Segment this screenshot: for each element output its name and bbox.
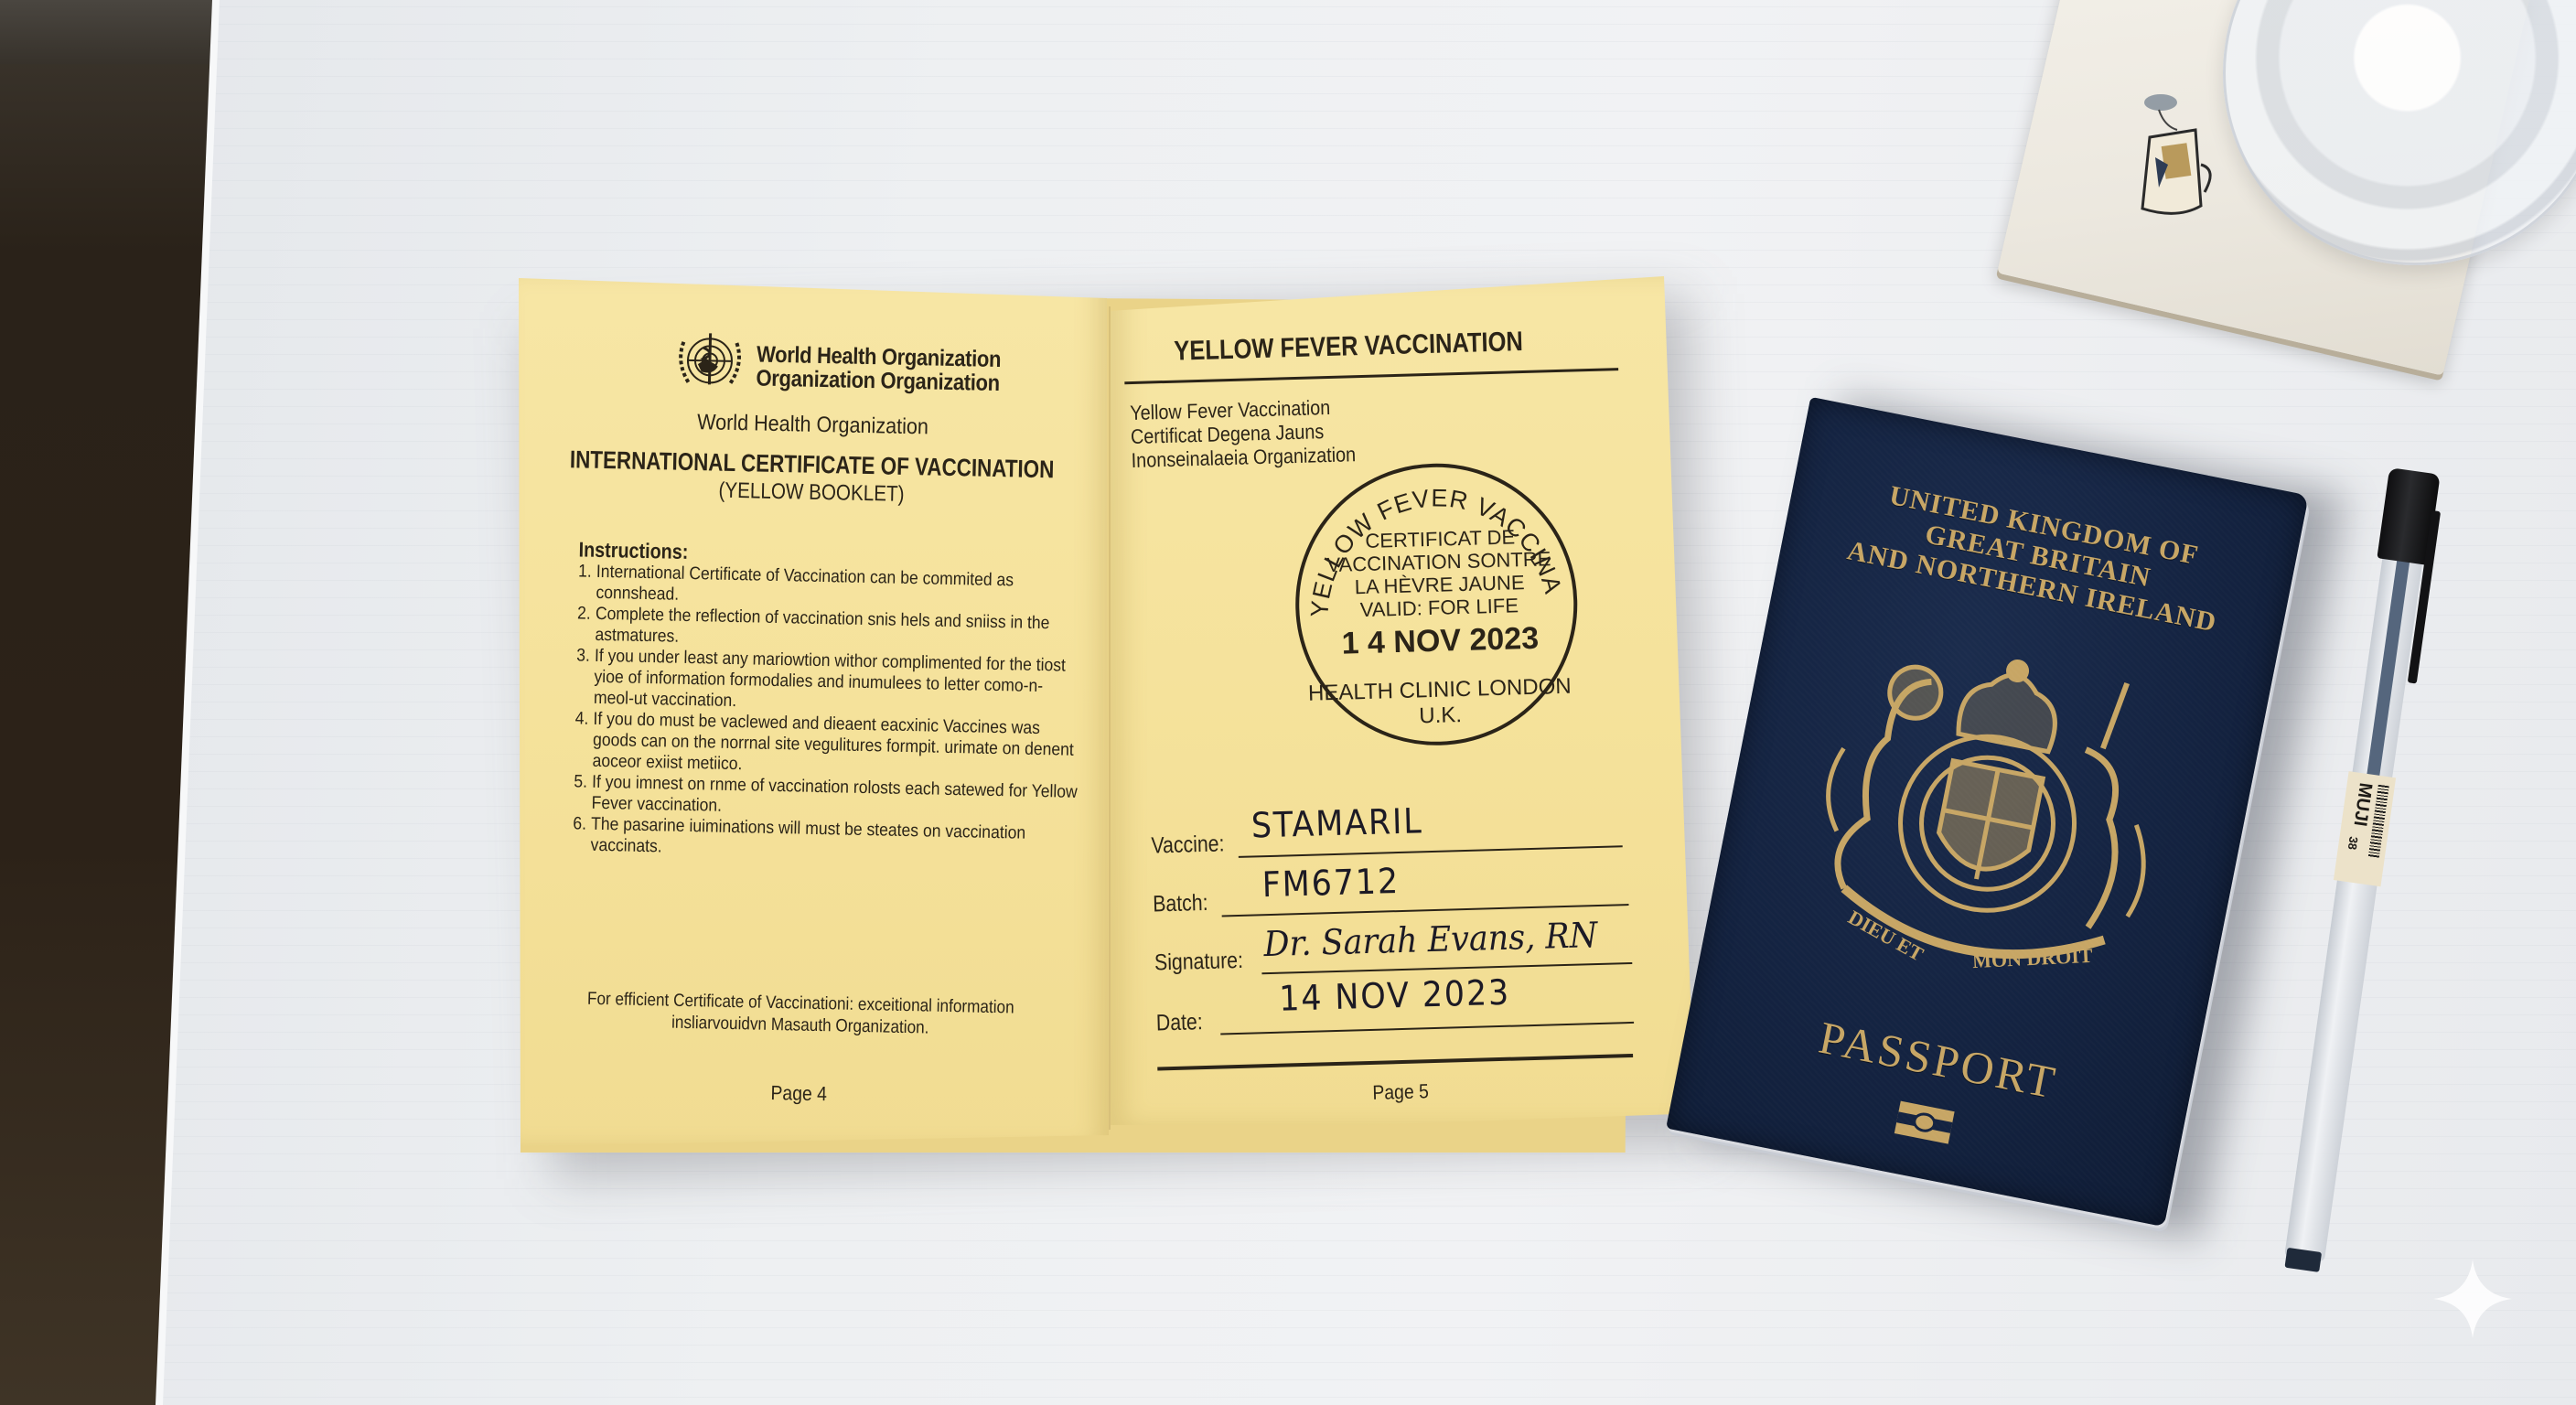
batch-label: Batch: [1153,890,1208,918]
bottom-divider [1157,1054,1633,1071]
vaccination-stamp: YELLOW FEVER VACCINATION CERTIFICAT DE V… [1287,455,1586,754]
vaccine-line [1239,845,1623,858]
date-line [1220,1022,1634,1035]
passport-country-line-3: AND NORTHERN IRELAND [1780,522,2284,651]
page-5-content: YELLOW FEVER VACCINATION Yellow Fever Va… [1085,258,1694,1125]
yellow-fever-title: YELLOW FEVER VACCINATION [1174,327,1523,368]
passport-country-line-2: GREAT BRITAIN [1786,492,2290,621]
vaccine-value: STAMARIL [1250,800,1423,845]
biometric-chip-icon [1894,1099,1956,1144]
passport-word: PASSPORT [1684,984,2193,1135]
stamp-line-4: VALID: FOR LIFE [1359,594,1519,621]
signature-label: Signature: [1154,948,1244,977]
date-label: Date: [1156,1009,1204,1036]
stamp-country: U.K. [1419,702,1462,728]
instruction-item: 4.If you do must be vaclewed and dieaent… [574,708,1079,782]
sparkle-icon [2431,1258,2514,1340]
instructions-heading: Instructions: [578,537,688,564]
date-value: 14 NOV 2023 [1279,972,1511,1019]
who-org-subtitle: World Health Organization [545,407,1080,444]
page-4-footnote: For efficient Certificate of Vaccination… [539,987,1063,1042]
motto-right: MON DROIT [1972,944,2094,972]
desk-scene: World Health Organization Organization O… [0,0,2576,1405]
pen-code: 38 [2345,836,2361,851]
passport-country-line-1: UNITED KINGDOM OF [1792,461,2296,590]
royal-coat-of-arms-icon: DIEU ET MON DROIT [1764,606,2212,1040]
pen-end [2284,1248,2322,1272]
who-emblem-icon [670,329,749,395]
page-number-4: Page 4 [537,1077,1060,1111]
page-4-content: World Health Organization Organization O… [500,271,1113,1161]
instructions-list: 1.International Certificate of Vaccinati… [573,561,1091,866]
motto-left: DIEU ET [1844,906,1927,966]
page-number-5: Page 5 [1143,1073,1658,1111]
stamp-date: 1 4 NOV 2023 [1341,621,1539,661]
batch-value: FM6712 [1261,861,1400,905]
instruction-item: 3.If you under least any mariowtion with… [575,645,1080,719]
title-divider [1124,368,1618,384]
signature-line [1261,962,1632,974]
signature-value: Dr. Sarah Evans, RN [1263,915,1598,964]
who-org-name-line-2: Organization Organization [756,365,1000,397]
stamp-clinic: HEALTH CLINIC LONDON [1308,674,1572,706]
vaccine-label: Vaccine: [1151,831,1225,859]
